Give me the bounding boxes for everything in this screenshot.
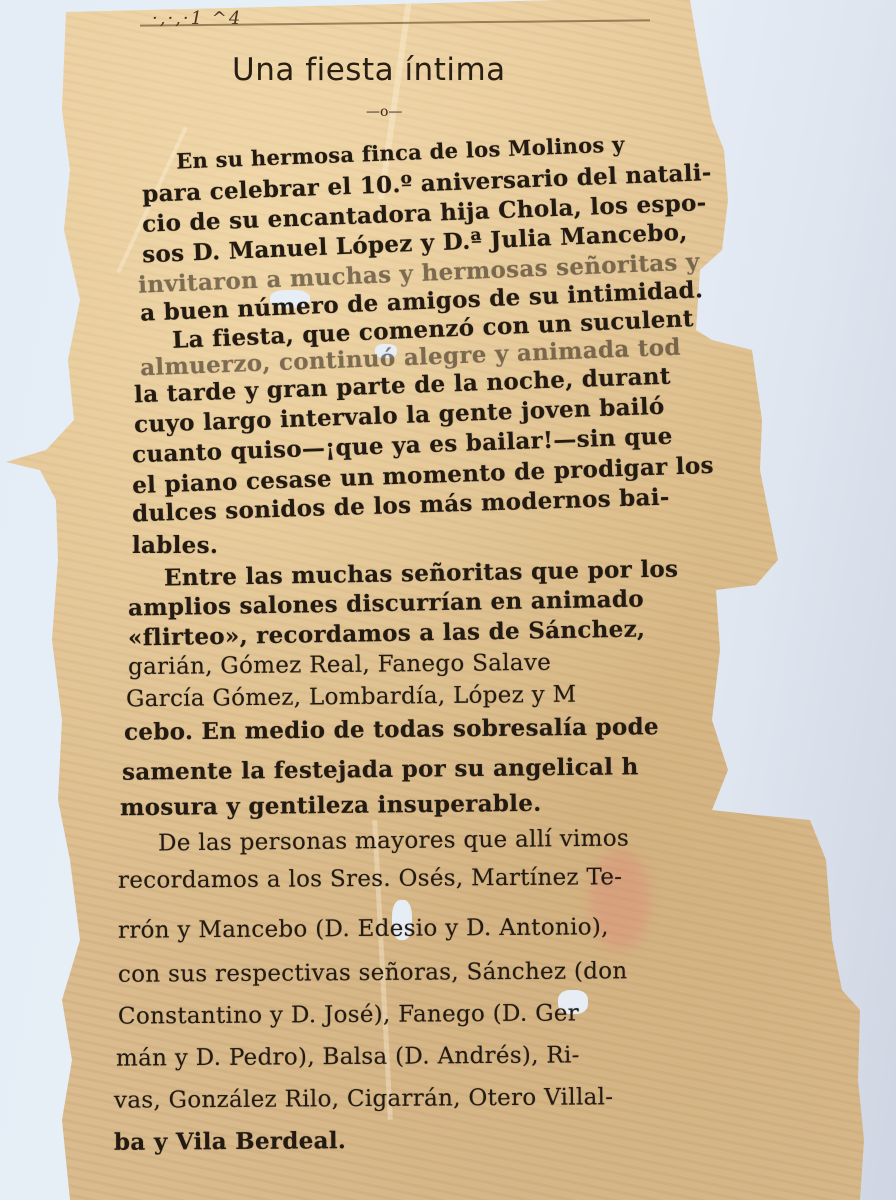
article-line: recordamos a los Sres. Osés, Martínez Te… bbox=[118, 864, 622, 894]
article-line: samente la festejada por su angelical h bbox=[122, 753, 639, 785]
article-line: lables. bbox=[132, 532, 218, 559]
article-line: con sus respectivas señoras, Sánchez (do… bbox=[118, 958, 628, 988]
article-line: mán y D. Pedro), Balsa (D. Andrés), Ri- bbox=[116, 1042, 580, 1071]
article-line: rrón y Mancebo (D. Edesio y D. Antonio), bbox=[118, 914, 609, 943]
article-line: vas, González Rilo, Cigarrán, Otero Vill… bbox=[114, 1084, 613, 1113]
article-line: García Gómez, Lombardía, López y M bbox=[126, 682, 577, 713]
article-line: Constantino y D. José), Fanego (D. Ger bbox=[118, 1000, 579, 1029]
article-line: ba y Vila Berdeal. bbox=[114, 1127, 346, 1156]
paper-crease bbox=[378, 1, 412, 200]
article-title: Una fiesta íntima bbox=[232, 52, 506, 88]
article-line: De las personas mayores que allí vimos bbox=[158, 826, 629, 857]
article-line: mosura y gentileza insuperable. bbox=[120, 790, 542, 821]
article-line: garián, Gómez Real, Fanego Salave bbox=[128, 650, 551, 680]
title-divider: —o— bbox=[366, 104, 402, 120]
article-line: cebo. En medio de todas sobresalía pode bbox=[124, 713, 659, 746]
handwritten-note: ·,·,·1 ^4 bbox=[152, 8, 242, 29]
